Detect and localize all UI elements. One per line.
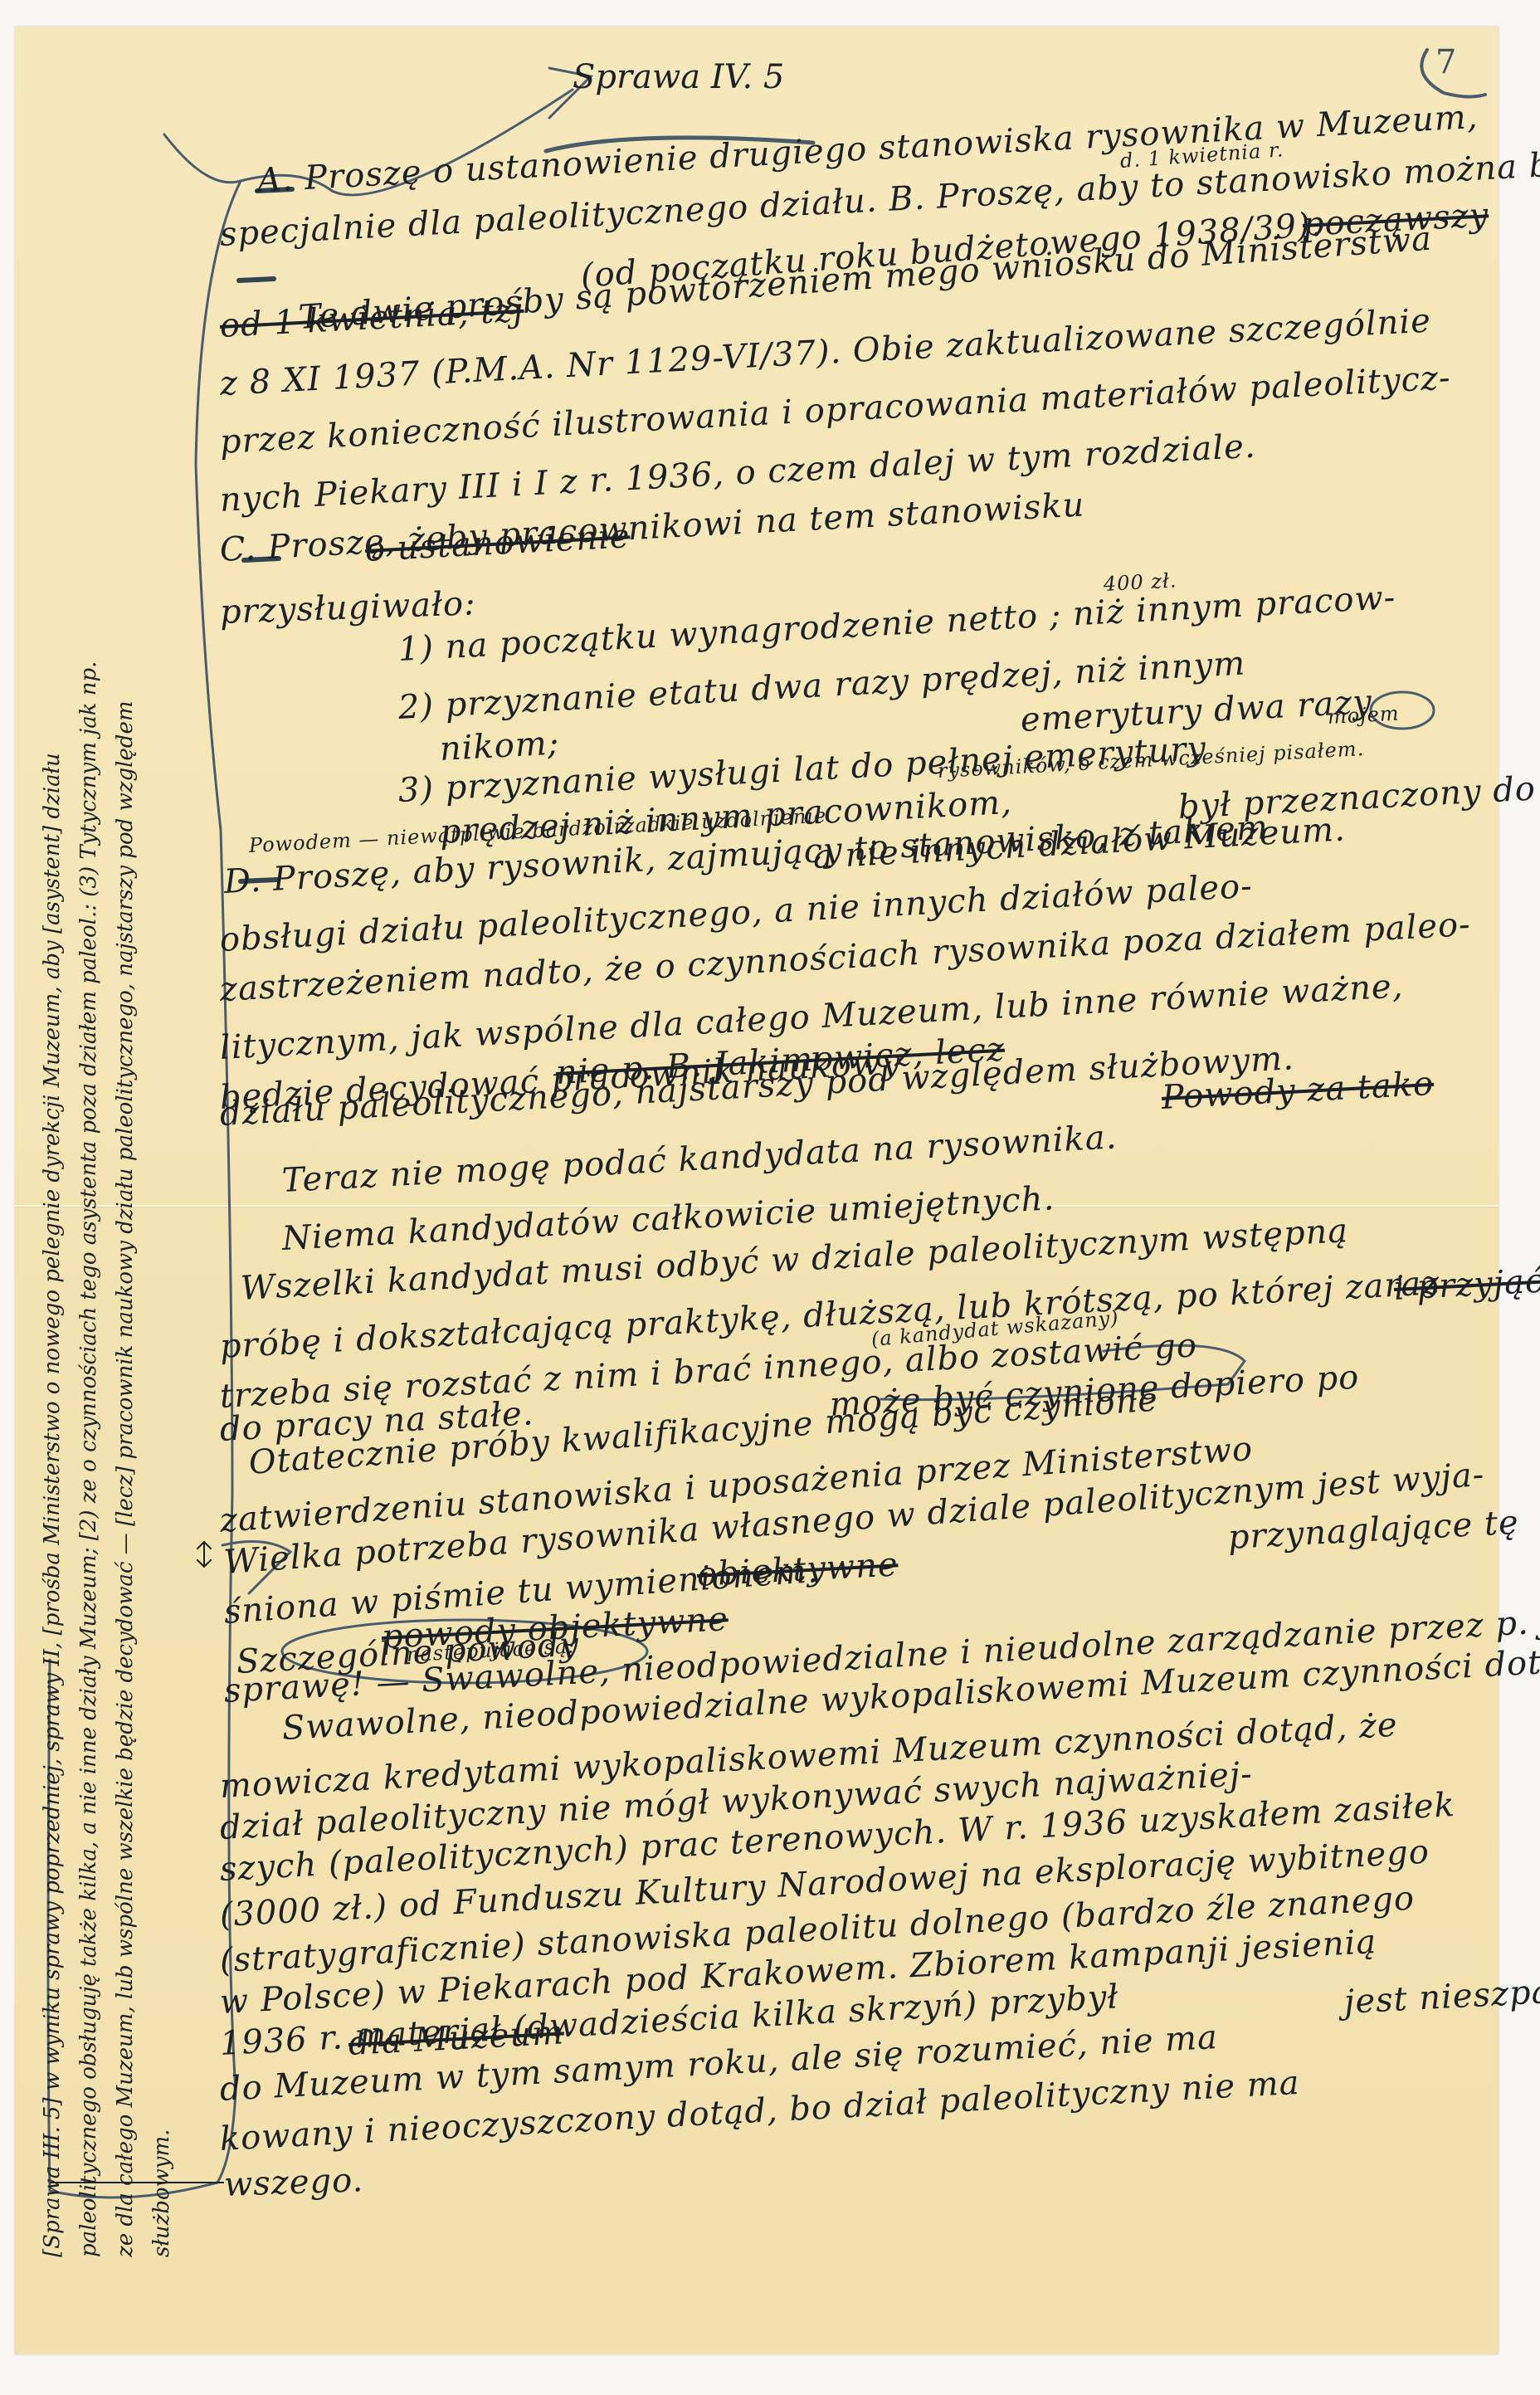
document-title: Sprawa IV. 5 (573, 58, 784, 96)
title-text: Sprawa IV. 5 (573, 58, 784, 96)
interlinear-insertion: mojem (1327, 701, 1400, 728)
manuscript-line: nikom; (439, 724, 560, 768)
margin-note: paleolitycznego obsługuję także kilka, a… (76, 661, 101, 2257)
margin-note: [Sprawa III. 5] w wyniku sprawy poprzedn… (40, 753, 65, 2257)
margin-note: ze dla całego Muzeum, lub wspólne wszelk… (113, 701, 138, 2258)
struck-text: i przyjąć (1393, 1262, 1540, 1308)
margin-note: służbowym. (149, 2129, 174, 2257)
manuscript-line: wszego. (223, 2161, 364, 2204)
page-number: 7 (1435, 43, 1456, 81)
